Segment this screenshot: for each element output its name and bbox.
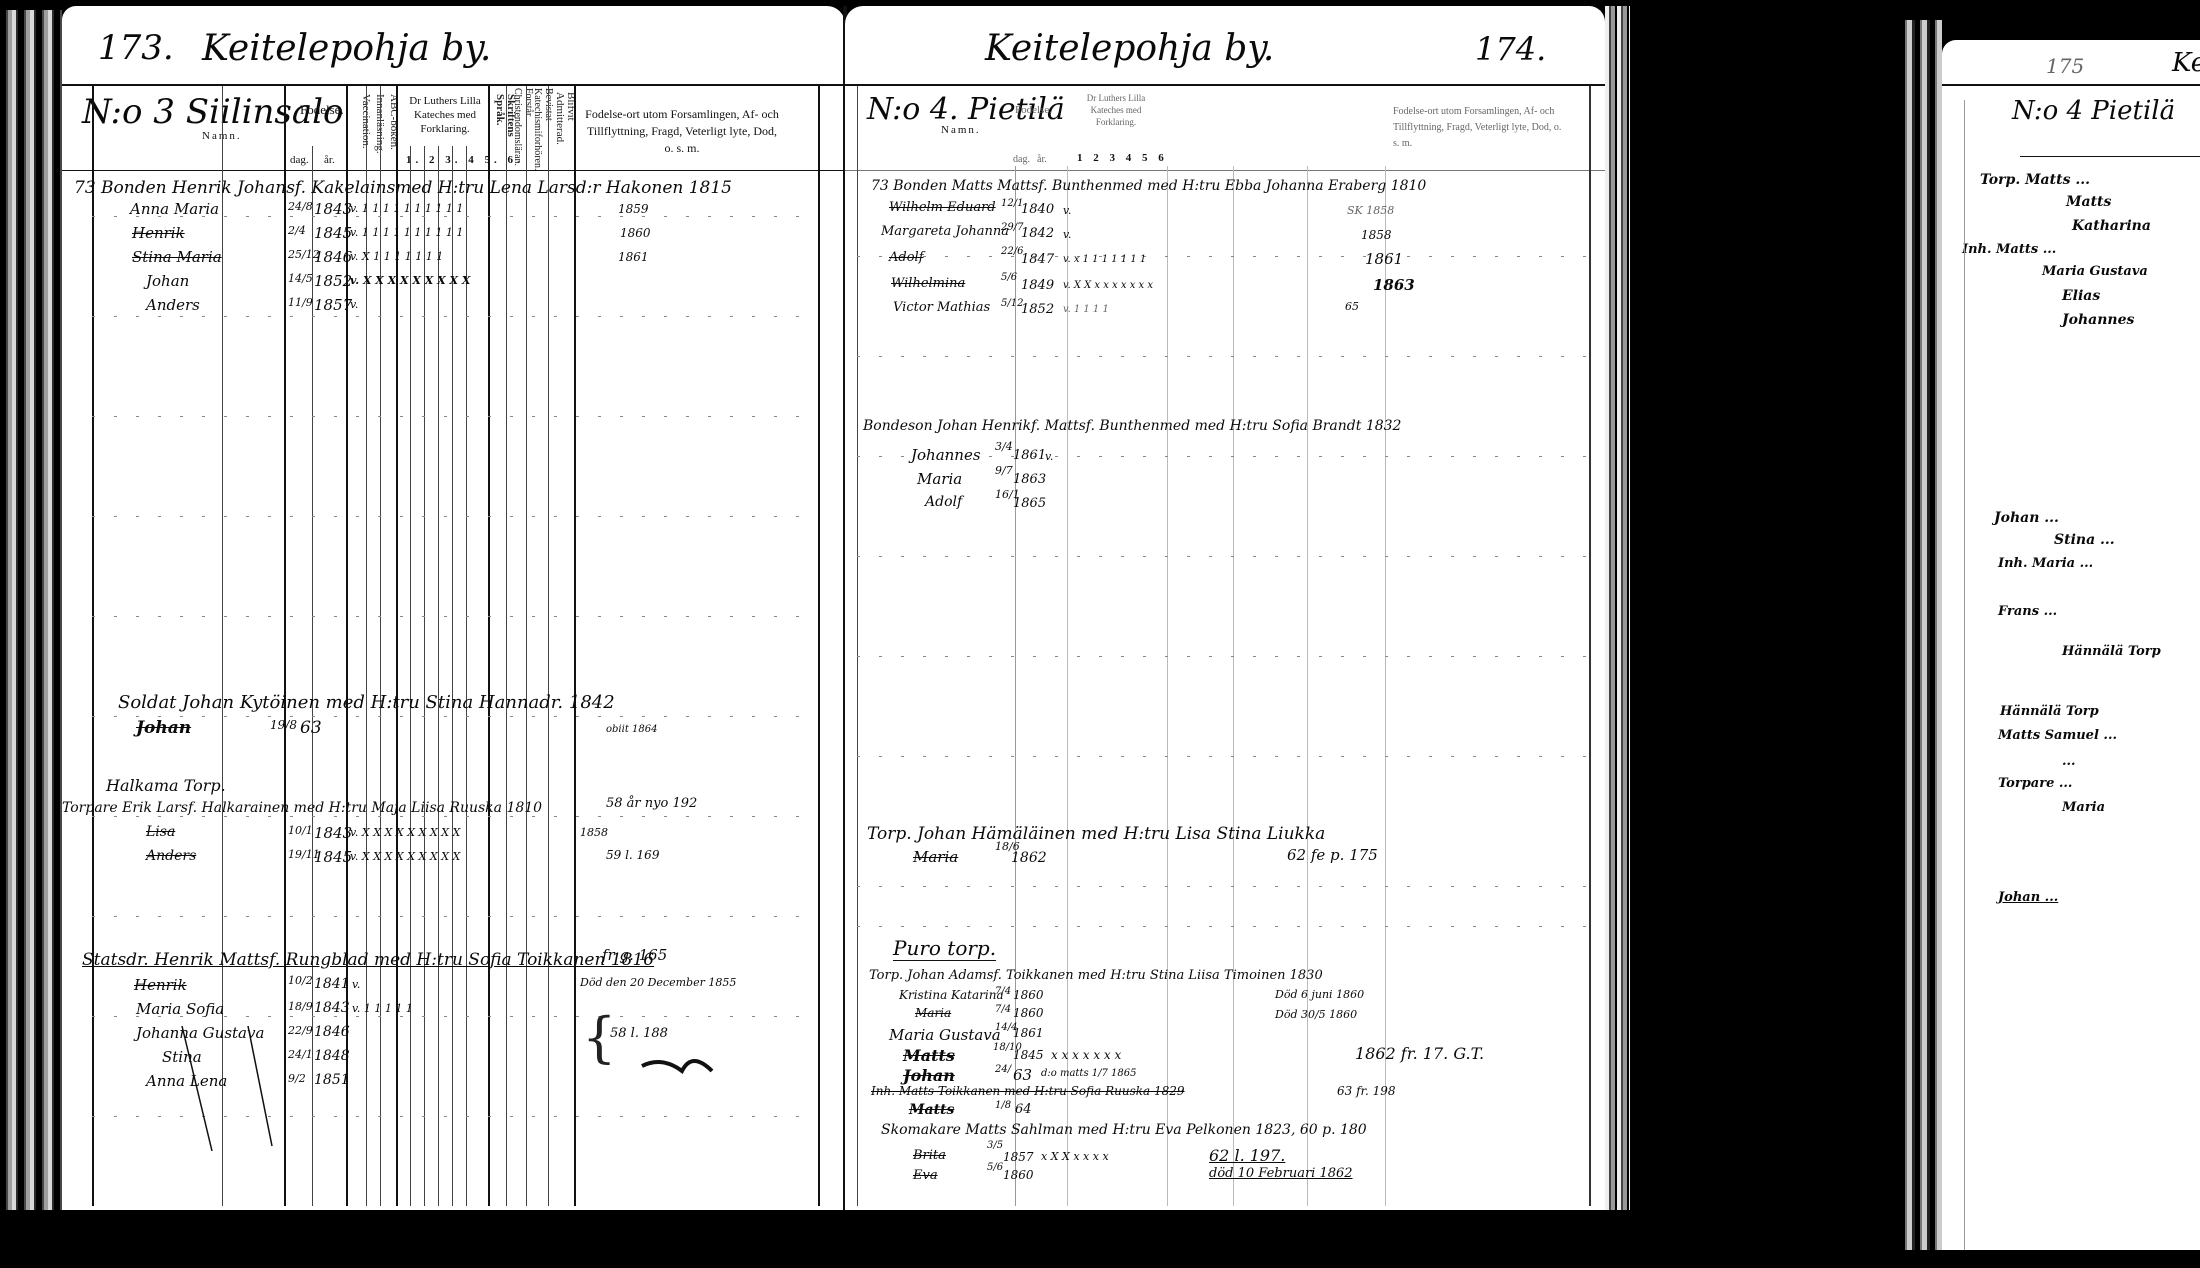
entry-note: 1858	[1361, 228, 1392, 242]
entry-name: Maria	[913, 848, 958, 866]
adjacent-line: Maria	[2062, 800, 2105, 815]
col-header-name: Namn.	[941, 124, 981, 136]
entry-marks: v. 1 1 1 1	[1063, 304, 1109, 315]
row-guide	[857, 256, 1589, 257]
entry-day: 3/5	[987, 1140, 1003, 1151]
entry-head: Torp. Johan Adamsf. Toikkanen med H:tru …	[869, 968, 1323, 983]
entry-head: Inh. Matts Toikkanen med H:tru Sofia Ruu…	[871, 1084, 1185, 1098]
entry-marks: v. X X x x x x x x x	[1063, 280, 1153, 291]
adjacent-line: Inh. Maria ...	[1998, 556, 2093, 571]
col-header-catechism: Dr Luthers Lilla Kateches med Forklaring…	[1071, 92, 1161, 128]
entry-head: 73 Bonden Matts Mattsf. Bunthenmed med H…	[871, 178, 1426, 194]
col-header-day: dag.	[1013, 154, 1030, 165]
entry-note: 1863	[1373, 276, 1415, 294]
adjacent-line: Matts	[2066, 194, 2111, 210]
adjacent-line: Hännälä Torp	[2000, 704, 2099, 719]
entry-note: 65	[1345, 300, 1359, 313]
right-page: Keitelepohja by. 174. N:o 4. Pietilä Nam…	[845, 6, 1605, 1210]
entry-year: 1860	[1013, 1006, 1044, 1020]
column-line	[1307, 166, 1308, 1206]
entry-marks: v.	[1045, 450, 1053, 463]
entry-year: 1849	[1021, 278, 1054, 293]
entry-year: 1847	[1021, 252, 1054, 267]
entry-marks: x x x x x x x	[1051, 1048, 1121, 1062]
entry-note: Död 30/5 1860	[1275, 1008, 1357, 1021]
entry-head: Skomakare Matts Sahlman med H:tru Eva Pe…	[881, 1122, 1367, 1138]
rule	[2020, 156, 2200, 157]
subheading: Puro torp.	[893, 936, 996, 961]
entry-marks: v.	[1063, 204, 1071, 217]
adjacent-line: Torpare ...	[1998, 776, 2072, 791]
entry-note: 62 l. 197.	[1209, 1146, 1285, 1165]
entry-head: Bondeson Johan Henrikf. Mattsf. Bunthenm…	[863, 418, 1401, 434]
entry-year: 1861	[1013, 448, 1046, 463]
entry-head: Torp. Johan Hämäläinen med H:tru Lisa St…	[867, 824, 1325, 844]
entry-year: 1842	[1021, 226, 1054, 241]
col-header-birth: Fodelse.	[1015, 104, 1052, 116]
adjacent-page: 175 Ke... N:o 4 Pietilä Torp. Matts ... …	[1942, 40, 2200, 1250]
header-bottom-rule	[845, 170, 1605, 171]
entry-note: 1862 fr. 17. G.T.	[1355, 1044, 1484, 1063]
book-edge-right	[1605, 6, 1630, 1210]
village-heading-adjacent: Ke...	[2172, 48, 2200, 78]
entry-year: 1862	[1011, 850, 1047, 866]
entry-name: Brita	[913, 1148, 946, 1163]
entry-name: Johan	[903, 1066, 955, 1085]
adjacent-line: ...	[2062, 754, 2076, 769]
entry-year: 64	[1015, 1102, 1032, 1117]
adjacent-line: Inh. Matts ...	[1962, 242, 2056, 257]
entry-day: 7/4	[995, 986, 1011, 997]
entry-day: 5/6	[1001, 272, 1017, 283]
adjacent-line: Johannes	[2062, 312, 2134, 328]
row-guide	[857, 926, 1589, 927]
entry-note: 1861	[1365, 250, 1403, 268]
entry-day: 9/7	[995, 464, 1013, 477]
col-header-notes: Fodelse-ort utom Forsamlingen, Af- och T…	[1393, 104, 1563, 152]
header-rule	[1942, 84, 2200, 86]
adjacent-line: Maria Gustava	[2042, 264, 2148, 279]
entry-note: SK 1858	[1347, 204, 1394, 217]
entry-name: Adolf	[925, 494, 962, 510]
entry-day: 7/4	[995, 1004, 1011, 1015]
entry-marks: v. x 1 1 1 1 1 1 1	[1063, 254, 1146, 265]
entry-marks: x X X x x x x	[1041, 1150, 1109, 1163]
entry-name: Wilhelm Eduard	[889, 200, 996, 215]
entry-marks: v.	[1063, 228, 1071, 241]
entry-year: 1840	[1021, 202, 1054, 217]
row-guide	[857, 556, 1589, 557]
row-guide	[857, 656, 1589, 657]
entry-name: Kristina Katarina	[899, 988, 1004, 1002]
column-line	[857, 86, 858, 1206]
page-number-adjacent: 175	[2046, 54, 2084, 78]
entry-name: Maria	[915, 1006, 951, 1020]
entry-year: 1860	[1013, 988, 1044, 1002]
entry-note: 63 fr. 198	[1337, 1084, 1395, 1098]
adjacent-line: Elias	[2062, 288, 2100, 304]
entry-day: 1/8	[995, 1100, 1011, 1111]
row-guide	[857, 356, 1589, 357]
entry-year: 1860	[1003, 1168, 1034, 1182]
entry-note: 62 fe p. 175	[1287, 846, 1378, 864]
left-page: 173. Keitelepohja by. N:o 3 Siilinsalo N…	[62, 6, 845, 1210]
column-line	[1964, 100, 1965, 1250]
household-heading-adjacent: N:o 4 Pietilä	[2012, 96, 2175, 126]
column-line	[1167, 166, 1168, 1206]
entry-name: Matts	[909, 1102, 954, 1118]
entry-name: Maria Gustava	[889, 1026, 1001, 1044]
adjacent-line: Johan ...	[1998, 890, 2058, 905]
entry-day: 5/6	[987, 1162, 1003, 1173]
entry-name: Wilhelmina	[891, 276, 965, 291]
entry-name: Eva	[913, 1168, 938, 1183]
entry-year: 1861	[1013, 1026, 1044, 1040]
col-header-year: år.	[1037, 154, 1047, 165]
header-rule	[845, 84, 1605, 86]
entry-name: Victor Mathias	[893, 300, 990, 315]
entry-marks: d:o matts 1/7 1865	[1041, 1068, 1136, 1079]
entry-year: 63	[1013, 1066, 1032, 1084]
strike-lines	[62, 6, 845, 1210]
row-guide	[857, 886, 1589, 887]
column-line	[1589, 86, 1591, 1206]
entry-note: död 10 Februari 1862	[1209, 1166, 1353, 1181]
row-guide	[857, 756, 1589, 757]
entry-year: 1857	[1003, 1150, 1034, 1164]
village-heading-right: Keitelepohja by.	[985, 28, 1274, 69]
adjacent-line: Stina ...	[2054, 532, 2115, 548]
entry-year: 1852	[1021, 302, 1054, 317]
entry-day: 3/4	[995, 440, 1013, 453]
entry-name: Johannes	[911, 446, 981, 464]
adjacent-book-edge	[1900, 20, 1942, 1250]
entry-name: Maria	[917, 470, 962, 488]
adjacent-line: Katharina	[2072, 218, 2151, 234]
page-number-right: 174.	[1475, 30, 1546, 68]
adjacent-line: Matts Samuel ...	[1998, 728, 2117, 743]
entry-year: 1863	[1013, 472, 1046, 487]
book-edge-left	[0, 10, 62, 1210]
adjacent-line: Johan ...	[1994, 510, 2059, 526]
entry-name: Margareta Johanna	[881, 224, 1009, 239]
entry-year: 1845	[1013, 1048, 1044, 1062]
column-line	[1233, 166, 1234, 1206]
entry-name: Adolf	[889, 250, 924, 265]
adjacent-line: Hännälä Torp	[2062, 644, 2161, 659]
entry-note: Död 6 juni 1860	[1275, 988, 1364, 1001]
entry-name: Matts	[903, 1046, 955, 1065]
adjacent-line: Frans ...	[1998, 604, 2057, 619]
entry-day: 24/	[995, 1064, 1011, 1075]
entry-year: 1865	[1013, 496, 1046, 511]
adjacent-line: Torp. Matts ...	[1980, 172, 2090, 188]
catechism-numbers: 1 2 3 4 5 6	[1077, 152, 1168, 164]
